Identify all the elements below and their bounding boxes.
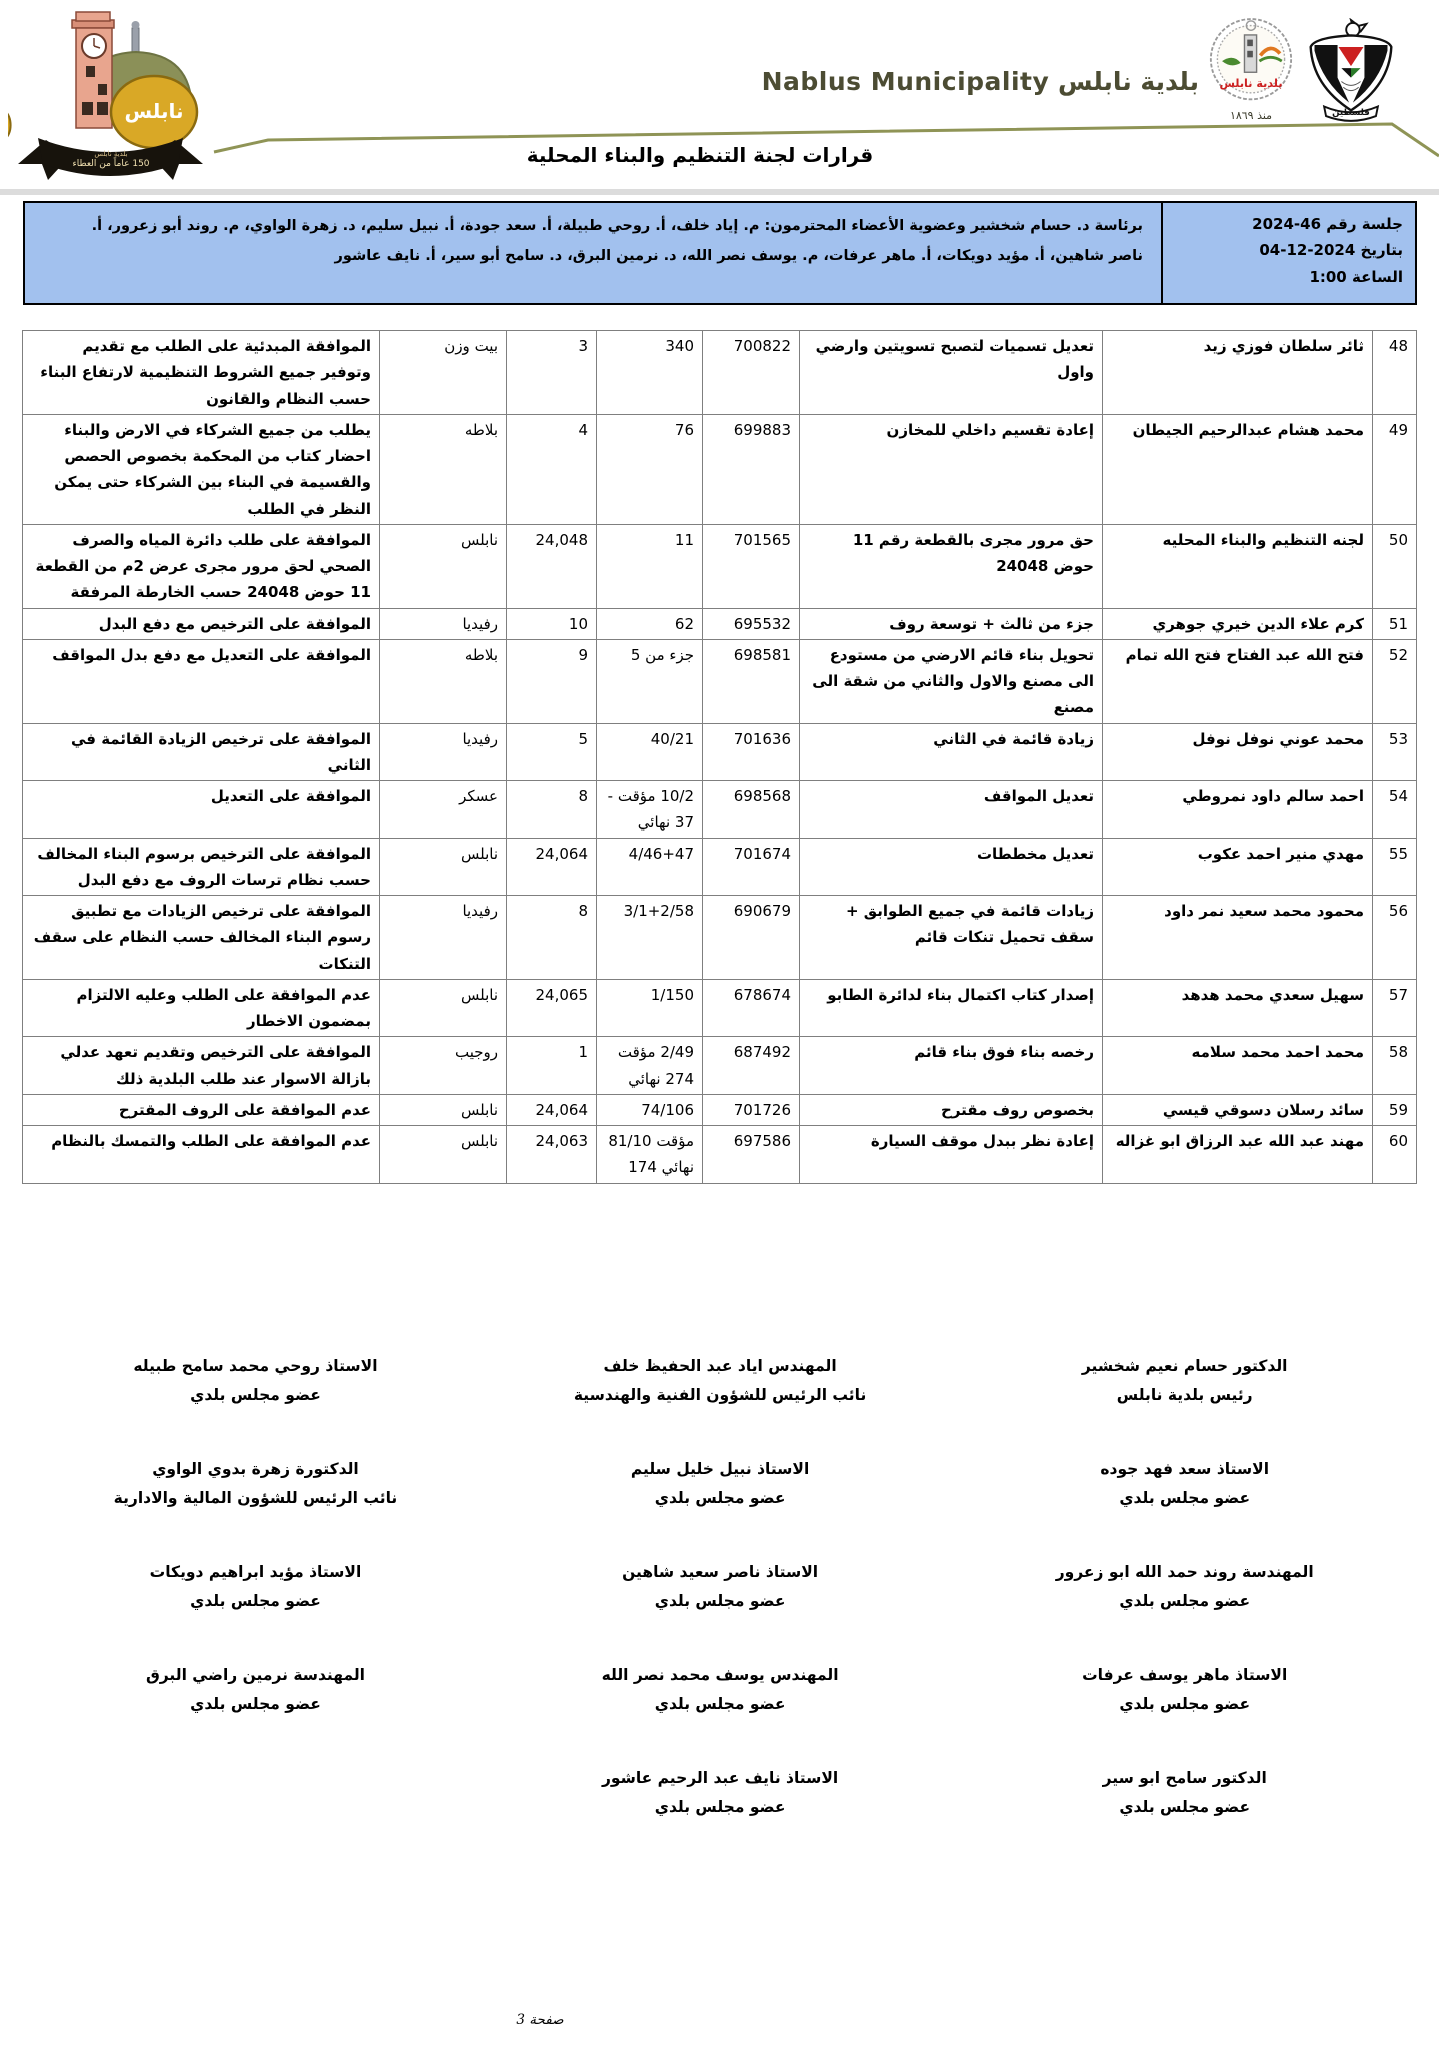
palestine-eagle-emblem: فلسطين <box>1303 18 1399 122</box>
block-cell: 24,064 <box>507 1094 597 1125</box>
file-number-cell: 698568 <box>703 781 800 839</box>
signature-title: عضو مجلس بلدي <box>952 1690 1417 1719</box>
file-number-cell: 695532 <box>703 608 800 639</box>
file-number-cell: 701636 <box>703 723 800 781</box>
table-row: 52فتح الله عبد الفتاح فتح الله تمامتحويل… <box>23 639 1417 723</box>
row-number-cell: 59 <box>1373 1094 1417 1125</box>
decisions-table: 48ثائر سلطان فوزي زيدتعديل تسميات لتصبح … <box>22 330 1417 1184</box>
signature-title: نائب الرئيس للشؤون المالية والادارية <box>23 1484 488 1513</box>
decision-cell: الموافقة على طلب دائرة المياه والصرف الص… <box>23 524 380 608</box>
attendees-line-2: ناصر شاهين، أ. مؤيد دويكات، أ. ماهر عرفا… <box>55 242 1143 272</box>
decision-cell: يطلب من جميع الشركاء في الارض والبناء اح… <box>23 414 380 524</box>
decision-cell: عدم الموافقة على الطلب وعليه الالتزام بم… <box>23 979 380 1037</box>
location-cell: بيت وزن <box>380 331 507 415</box>
seal-caption: منذ ١٨٦٩ <box>1230 109 1272 122</box>
signature-empty-slot <box>23 1764 488 1823</box>
session-info-bar: جلسة رقم 46-2024 بتاريخ 2024-12-04 الساع… <box>23 201 1417 305</box>
parcel-cell: 11 <box>597 524 703 608</box>
file-number-cell: 700822 <box>703 331 800 415</box>
subject-cell: زيادات قائمة في جميع الطوابق + سقف تحميل… <box>800 896 1103 980</box>
subject-cell: إصدار كتاب اكتمال بناء لدائرة الطابو <box>800 979 1103 1037</box>
row-number-cell: 49 <box>1373 414 1417 524</box>
decision-cell: الموافقة على التعديل مع دفع بدل المواقف <box>23 639 380 723</box>
subject-cell: بخصوص روف مقترح <box>800 1094 1103 1125</box>
divider-strip <box>0 189 1439 195</box>
municipality-seal: بلدية نابلس منذ ١٨٦٩ <box>1209 16 1293 122</box>
parcel-cell: 40/21 <box>597 723 703 781</box>
parcel-cell: 340 <box>597 331 703 415</box>
signature-name: الاستاذ نبيل خليل سليم <box>488 1455 953 1484</box>
table-row: 57سهيل سعدي محمد هدهدإصدار كتاب اكتمال ب… <box>23 979 1417 1037</box>
svg-text:نابلس: نابلس <box>125 99 184 123</box>
subject-cell: جزء من ثالث + توسعة روف <box>800 608 1103 639</box>
table-row: 53محمد عوني نوفل نوفلزيادة قائمة في الثا… <box>23 723 1417 781</box>
row-number-cell: 51 <box>1373 608 1417 639</box>
file-number-cell: 697586 <box>703 1126 800 1184</box>
signature-row: الاستاذ سعد فهد جودهعضو مجلس بلديالاستاذ… <box>23 1455 1417 1514</box>
applicant-name-cell: سهيل سعدي محمد هدهد <box>1103 979 1373 1037</box>
svg-text:بلدية نابلس: بلدية نابلس <box>1219 77 1282 90</box>
location-cell: عسكر <box>380 781 507 839</box>
signature-name: الاستاذ مؤيد ابراهيم دويكات <box>23 1558 488 1587</box>
signature-block: الاستاذ ماهر يوسف عرفاتعضو مجلس بلدي <box>952 1661 1417 1720</box>
decision-cell: عدم الموافقة على الطلب والتمسك بالنظام <box>23 1126 380 1184</box>
signature-name: المهندسة روند حمد الله ابو زعرور <box>952 1558 1417 1587</box>
parcel-cell: 2/49 مؤقت 274 نهائي <box>597 1037 703 1095</box>
location-cell: نابلس <box>380 979 507 1037</box>
attendees-line-1: برئاسة د. حسام شخشير وعضوية الأعضاء المح… <box>55 212 1143 242</box>
page-footer: صفحة 3 <box>455 2012 625 2028</box>
location-cell: نابلس <box>380 1126 507 1184</box>
signature-title: عضو مجلس بلدي <box>488 1690 953 1719</box>
brand-header: فلسطين بلدية نابلس منذ ١٨٦٩ بلدية نابلس … <box>762 16 1399 122</box>
parcel-cell: 10/2 مؤقت - 37 نهائي <box>597 781 703 839</box>
decision-cell: الموافقة على الترخيص برسوم البناء المخال… <box>23 838 380 896</box>
table-row: 49محمد هشام عبدالرحيم الجيطانإعادة تقسيم… <box>23 414 1417 524</box>
block-cell: 1 <box>507 1037 597 1095</box>
row-number-cell: 48 <box>1373 331 1417 415</box>
signature-title: عضو مجلس بلدي <box>952 1793 1417 1822</box>
signature-title: نائب الرئيس للشؤون الفنية والهندسية <box>488 1381 953 1410</box>
table-row: 59سائد رسلان دسوقي قيسيبخصوص روف مقترح70… <box>23 1094 1417 1125</box>
location-cell: نابلس <box>380 838 507 896</box>
applicant-name-cell: كرم علاء الدين خيري جوهري <box>1103 608 1373 639</box>
signature-block: المهندس يوسف محمد نصر اللهعضو مجلس بلدي <box>488 1661 953 1720</box>
parcel-cell: 3/1+2/58 <box>597 896 703 980</box>
signature-row: الاستاذ ماهر يوسف عرفاتعضو مجلس بلديالمه… <box>23 1661 1417 1720</box>
signature-block: الاستاذ سعد فهد جودهعضو مجلس بلدي <box>952 1455 1417 1514</box>
signature-block: الاستاذ روحي محمد سامح طبيلهعضو مجلس بلد… <box>23 1352 488 1411</box>
parcel-cell: 74/106 <box>597 1094 703 1125</box>
table-row: 50لجنه التنظيم والبناء المحليهحق مرور مج… <box>23 524 1417 608</box>
parcel-cell: 4/46+47 <box>597 838 703 896</box>
block-cell: 9 <box>507 639 597 723</box>
signature-name: الدكتورة زهرة بدوي الواوي <box>23 1455 488 1484</box>
block-cell: 8 <box>507 896 597 980</box>
dome-finial <box>132 28 139 54</box>
row-number-cell: 55 <box>1373 838 1417 896</box>
table-row: 56محمود محمد سعيد نمر داودزيادات قائمة ف… <box>23 896 1417 980</box>
signature-title: عضو مجلس بلدي <box>488 1484 953 1513</box>
signature-title: رئيس بلدية نابلس <box>952 1381 1417 1410</box>
applicant-name-cell: سائد رسلان دسوقي قيسي <box>1103 1094 1373 1125</box>
signature-title: عضو مجلس بلدي <box>23 1587 488 1616</box>
table-row: 58محمد احمد محمد سلامهرخصه بناء فوق بناء… <box>23 1037 1417 1095</box>
signature-name: المهندس يوسف محمد نصر الله <box>488 1661 953 1690</box>
block-cell: 24,063 <box>507 1126 597 1184</box>
row-number-cell: 52 <box>1373 639 1417 723</box>
decision-cell: عدم الموافقة على الروف المقترح <box>23 1094 380 1125</box>
row-number-cell: 58 <box>1373 1037 1417 1095</box>
applicant-name-cell: احمد سالم داود نمروطي <box>1103 781 1373 839</box>
signature-block: الاستاذ مؤيد ابراهيم دويكاتعضو مجلس بلدي <box>23 1558 488 1617</box>
row-number-cell: 53 <box>1373 723 1417 781</box>
session-time: الساعة 1:00 <box>1169 264 1403 290</box>
subject-cell: تحويل بناء قائم الارضي من مستودع الى مصن… <box>800 639 1103 723</box>
applicant-name-cell: فتح الله عبد الفتاح فتح الله تمام <box>1103 639 1373 723</box>
applicant-name-cell: مهدي منير احمد عكوب <box>1103 838 1373 896</box>
decision-cell: الموافقة على ترخيص الزيادة القائمة في ال… <box>23 723 380 781</box>
signature-name: الدكتور سامح ابو سير <box>952 1764 1417 1793</box>
applicant-name-cell: محمد عوني نوفل نوفل <box>1103 723 1373 781</box>
signature-row: الدكتور سامح ابو سيرعضو مجلس بلديالاستاذ… <box>23 1764 1417 1823</box>
signature-block: الاستاذ ناصر سعيد شاهينعضو مجلس بلدي <box>488 1558 953 1617</box>
file-number-cell: 678674 <box>703 979 800 1037</box>
row-number-cell: 50 <box>1373 524 1417 608</box>
location-cell: رفيديا <box>380 723 507 781</box>
applicant-name-cell: مهند عبد الله عبد الرزاق ابو غزاله <box>1103 1126 1373 1184</box>
file-number-cell: 701565 <box>703 524 800 608</box>
palestine-eagle-icon: فلسطين <box>1303 18 1399 122</box>
signature-row: الدكتور حسام نعيم شخشيررئيس بلدية نابلسا… <box>23 1352 1417 1411</box>
signature-block: المهندسة روند حمد الله ابو زعرورعضو مجلس… <box>952 1558 1417 1617</box>
parcel-cell: مؤقت 81/10 نهائي 174 <box>597 1126 703 1184</box>
parcel-cell: 76 <box>597 414 703 524</box>
clock-tower <box>72 12 114 128</box>
signature-name: الاستاذ ماهر يوسف عرفات <box>952 1661 1417 1690</box>
applicant-name-cell: محمود محمد سعيد نمر داود <box>1103 896 1373 980</box>
subject-cell: تعديل المواقف <box>800 781 1103 839</box>
signature-title: عضو مجلس بلدي <box>23 1690 488 1719</box>
table-row: 51كرم علاء الدين خيري جوهريجزء من ثالث +… <box>23 608 1417 639</box>
subject-cell: تعديل مخططات <box>800 838 1103 896</box>
row-number-cell: 56 <box>1373 896 1417 980</box>
signature-title: عضو مجلس بلدي <box>488 1587 953 1616</box>
session-number: جلسة رقم 46-2024 <box>1169 211 1403 237</box>
file-number-cell: 698581 <box>703 639 800 723</box>
signature-name: المهندس اياد عبد الحفيظ خلف <box>488 1352 953 1381</box>
row-number-cell: 57 <box>1373 979 1417 1037</box>
decision-cell: الموافقة على الترخيص وتقديم تعهد عدلي با… <box>23 1037 380 1095</box>
row-number-cell: 54 <box>1373 781 1417 839</box>
attendees-text: برئاسة د. حسام شخشير وعضوية الأعضاء المح… <box>25 203 1161 303</box>
file-number-cell: 687492 <box>703 1037 800 1095</box>
parcel-cell: 1/150 <box>597 979 703 1037</box>
subject-cell: رخصه بناء فوق بناء قائم <box>800 1037 1103 1095</box>
municipality-seal-icon: بلدية نابلس <box>1209 16 1293 108</box>
signature-title: عضو مجلس بلدي <box>952 1587 1417 1616</box>
parcel-cell: 62 <box>597 608 703 639</box>
signature-block: الدكتور حسام نعيم شخشيررئيس بلدية نابلس <box>952 1352 1417 1411</box>
file-number-cell: 701726 <box>703 1094 800 1125</box>
subject-cell: إعادة تقسيم داخلي للمخازن <box>800 414 1103 524</box>
signature-block: المهندس اياد عبد الحفيظ خلفنائب الرئيس ل… <box>488 1352 953 1411</box>
block-cell: 5 <box>507 723 597 781</box>
block-cell: 3 <box>507 331 597 415</box>
signature-block: الدكتورة زهرة بدوي الواوينائب الرئيس للش… <box>23 1455 488 1514</box>
applicant-name-cell: محمد احمد محمد سلامه <box>1103 1037 1373 1095</box>
block-cell: 24,065 <box>507 979 597 1037</box>
table-row: 60مهند عبد الله عبد الرزاق ابو غزالهإعاد… <box>23 1126 1417 1184</box>
block-cell: 8 <box>507 781 597 839</box>
decision-cell: الموافقة على التعديل <box>23 781 380 839</box>
location-cell: رفيديا <box>380 896 507 980</box>
table-row: 54احمد سالم داود نمروطيتعديل المواقف6985… <box>23 781 1417 839</box>
location-cell: رفيديا <box>380 608 507 639</box>
signature-name: الدكتور حسام نعيم شخشير <box>952 1352 1417 1381</box>
signature-title: عضو مجلس بلدي <box>952 1484 1417 1513</box>
subject-cell: تعديل تسميات لتصبح تسويتين وارضي واول <box>800 331 1103 415</box>
brand-title: بلدية نابلس Nablus Municipality <box>762 67 1199 122</box>
location-cell: نابلس <box>380 1094 507 1125</box>
applicant-name-cell: ثائر سلطان فوزي زيد <box>1103 331 1373 415</box>
document-page: 15 نابلس بلدية نابلس 150 عاماً من العطاء <box>0 0 1439 2048</box>
page-title: قرارات لجنة التنظيم والبناء المحلية <box>0 143 1400 167</box>
decision-cell: الموافقة على ترخيص الزيادات مع تطبيق رسو… <box>23 896 380 980</box>
signature-row: المهندسة روند حمد الله ابو زعرورعضو مجلس… <box>23 1558 1417 1617</box>
signature-name: المهندسة نرمين راضي البرق <box>23 1661 488 1690</box>
signature-block: الدكتور سامح ابو سيرعضو مجلس بلدي <box>952 1764 1417 1823</box>
signature-block: الاستاذ نايف عبد الرحيم عاشورعضو مجلس بل… <box>488 1764 953 1823</box>
session-meta: جلسة رقم 46-2024 بتاريخ 2024-12-04 الساع… <box>1161 203 1415 303</box>
signature-name: الاستاذ نايف عبد الرحيم عاشور <box>488 1764 953 1793</box>
subject-cell: زيادة قائمة في الثاني <box>800 723 1103 781</box>
signature-block: الاستاذ نبيل خليل سليمعضو مجلس بلدي <box>488 1455 953 1514</box>
block-cell: 24,064 <box>507 838 597 896</box>
block-cell: 10 <box>507 608 597 639</box>
file-number-cell: 699883 <box>703 414 800 524</box>
signature-name: الاستاذ سعد فهد جوده <box>952 1455 1417 1484</box>
parcel-cell: جزء من 5 <box>597 639 703 723</box>
signature-name: الاستاذ روحي محمد سامح طبيله <box>23 1352 488 1381</box>
row-number-cell: 60 <box>1373 1126 1417 1184</box>
signature-block: المهندسة نرمين راضي البرقعضو مجلس بلدي <box>23 1661 488 1720</box>
signature-name: الاستاذ ناصر سعيد شاهين <box>488 1558 953 1587</box>
subject-cell: حق مرور مجرى بالقطعة رقم 11 حوض 24048 <box>800 524 1103 608</box>
block-cell: 24,048 <box>507 524 597 608</box>
location-cell: بلاطه <box>380 414 507 524</box>
signatures-section: الدكتور حسام نعيم شخشيررئيس بلدية نابلسا… <box>23 1352 1417 1866</box>
location-cell: بلاطه <box>380 639 507 723</box>
applicant-name-cell: محمد هشام عبدالرحيم الجيطان <box>1103 414 1373 524</box>
table-row: 48ثائر سلطان فوزي زيدتعديل تسميات لتصبح … <box>23 331 1417 415</box>
block-cell: 4 <box>507 414 597 524</box>
session-date: بتاريخ 2024-12-04 <box>1169 237 1403 263</box>
decision-cell: الموافقة على الترخيص مع دفع البدل <box>23 608 380 639</box>
subject-cell: إعادة نظر ببدل موقف السيارة <box>800 1126 1103 1184</box>
file-number-cell: 701674 <box>703 838 800 896</box>
applicant-name-cell: لجنه التنظيم والبناء المحليه <box>1103 524 1373 608</box>
file-number-cell: 690679 <box>703 896 800 980</box>
location-cell: نابلس <box>380 524 507 608</box>
table-row: 55مهدي منير احمد عكوبتعديل مخططات7016744… <box>23 838 1417 896</box>
decision-cell: الموافقة المبدئية على الطلب مع تقديم وتو… <box>23 331 380 415</box>
signature-title: عضو مجلس بلدي <box>23 1381 488 1410</box>
location-cell: روجيب <box>380 1037 507 1095</box>
signature-title: عضو مجلس بلدي <box>488 1793 953 1822</box>
svg-text:فلسطين: فلسطين <box>1332 108 1370 118</box>
